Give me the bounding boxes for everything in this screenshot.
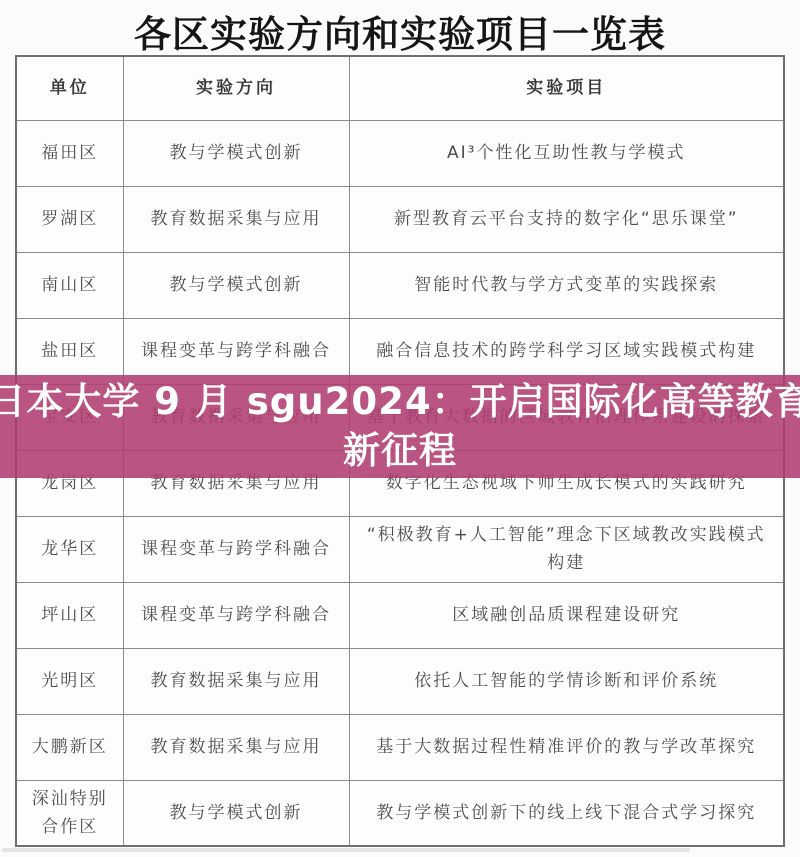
cell-unit: 深汕特别合作区 bbox=[16, 780, 123, 846]
cell-project: AI³个性化互助性教与学模式 bbox=[349, 120, 784, 186]
cell-project: 区域融创品质课程建设研究 bbox=[349, 582, 784, 648]
table-header-row: 单位 实验方向 实验项目 bbox=[16, 56, 784, 120]
table-row: 大鹏新区 教育数据采集与应用 基于大数据过程性精准评价的教与学改革探究 bbox=[16, 714, 784, 780]
column-header-project: 实验项目 bbox=[349, 56, 784, 120]
cell-project: 教与学模式创新下的线上线下混合式学习探究 bbox=[349, 780, 784, 846]
table-header: 单位 实验方向 实验项目 bbox=[16, 56, 784, 120]
table-row: 龙华区 课程变革与跨学科融合 “积极教育+人工智能”理念下区域教改实践模式构建 bbox=[16, 516, 784, 582]
table-row: 光明区 教育数据采集与应用 依托人工智能的学情诊断和评价系统 bbox=[16, 648, 784, 714]
cell-unit: 坪山区 bbox=[16, 582, 123, 648]
cell-direction: 教与学模式创新 bbox=[123, 120, 349, 186]
article-image: 各区实验方向和实验项目一览表 单位 实验方向 实验项目 福田区 教与学模式创新 … bbox=[0, 0, 800, 857]
banner-text-line2: 新征程 bbox=[343, 427, 457, 476]
overlay-title-banner: 日本大学 9 月 sgu2024：开启国际化高等教育 新征程 bbox=[0, 375, 800, 478]
cell-direction: 教与学模式创新 bbox=[123, 252, 349, 318]
cell-unit: 罗湖区 bbox=[16, 186, 123, 252]
table-row: 坪山区 课程变革与跨学科融合 区域融创品质课程建设研究 bbox=[16, 582, 784, 648]
cell-direction: 教育数据采集与应用 bbox=[123, 648, 349, 714]
cell-project: 依托人工智能的学情诊断和评价系统 bbox=[349, 648, 784, 714]
cell-project: 智能时代教与学方式变革的实践探索 bbox=[349, 252, 784, 318]
cell-unit: 南山区 bbox=[16, 252, 123, 318]
cell-direction: 课程变革与跨学科融合 bbox=[123, 582, 349, 648]
table-row: 福田区 教与学模式创新 AI³个性化互助性教与学模式 bbox=[16, 120, 784, 186]
table-bottom-shadow bbox=[2, 848, 690, 852]
cell-project: 基于大数据过程性精准评价的教与学改革探究 bbox=[349, 714, 784, 780]
cell-direction: 教育数据采集与应用 bbox=[123, 186, 349, 252]
cell-direction: 课程变革与跨学科融合 bbox=[123, 516, 349, 582]
table-body: 福田区 教与学模式创新 AI³个性化互助性教与学模式 罗湖区 教育数据采集与应用… bbox=[16, 120, 784, 846]
table-row: 南山区 教与学模式创新 智能时代教与学方式变革的实践探索 bbox=[16, 252, 784, 318]
cell-unit: 光明区 bbox=[16, 648, 123, 714]
column-header-unit: 单位 bbox=[16, 56, 123, 120]
cell-direction: 教育数据采集与应用 bbox=[123, 714, 349, 780]
table-row: 罗湖区 教育数据采集与应用 新型教育云平台支持的数字化“思乐课堂” bbox=[16, 186, 784, 252]
column-header-direction: 实验方向 bbox=[123, 56, 349, 120]
cell-unit: 大鹏新区 bbox=[16, 714, 123, 780]
cell-project: 新型教育云平台支持的数字化“思乐课堂” bbox=[349, 186, 784, 252]
cell-direction: 教与学模式创新 bbox=[123, 780, 349, 846]
page-title: 各区实验方向和实验项目一览表 bbox=[0, 4, 800, 58]
cell-project: “积极教育+人工智能”理念下区域教改实践模式构建 bbox=[349, 516, 784, 582]
cell-unit: 福田区 bbox=[16, 120, 123, 186]
table-row: 深汕特别合作区 教与学模式创新 教与学模式创新下的线上线下混合式学习探究 bbox=[16, 780, 784, 846]
banner-text-line1: 日本大学 9 月 sgu2024：开启国际化高等教育 bbox=[0, 378, 800, 427]
cell-unit: 龙华区 bbox=[16, 516, 123, 582]
